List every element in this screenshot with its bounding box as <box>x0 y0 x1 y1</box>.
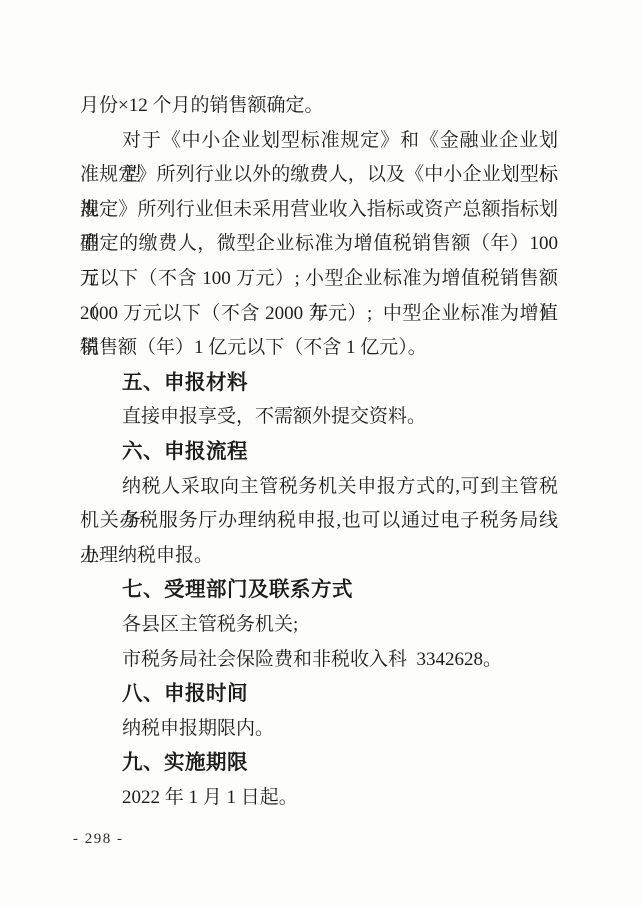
text-line: 规定》所列行业但未采用营业收入指标或资产总额指标划型 <box>80 193 558 228</box>
text-line: 元以下（不含 100 万元）; 小型企业标准为增值税销售额（年） <box>80 262 558 297</box>
text-line: 销售额（年）1 亿元以下（不含 1 亿元）。 <box>80 331 558 366</box>
text-line: 直接申报享受，不需额外提交资料。 <box>80 400 558 435</box>
document-body: 月份×12 个月的销售额确定。对于《中小企业划型标准规定》和《金融业企业划型标准… <box>80 89 558 815</box>
text-line: 市税务局社会保险费和非税收入科 3342628。 <box>80 643 558 678</box>
text-line: 2022 年 1 月 1 日起。 <box>80 781 558 816</box>
text-line: 纳税人采取向主管税务机关申报方式的,可到主管税务 <box>80 470 558 505</box>
text-line: 准规定》所列行业以外的缴费人，以及《中小企业划型标准 <box>80 158 558 193</box>
section-heading: 七、受理部门及联系方式 <box>80 573 558 608</box>
text-line: 机关办税服务厅办理纳税申报,也可以通过电子税务局线上 <box>80 504 558 539</box>
text-line: 各县区主管税务机关; <box>80 608 558 643</box>
page-number: - 298 - <box>73 831 124 848</box>
section-heading: 五、申报材料 <box>80 366 558 401</box>
text-line: 2000 万元以下（不含 2000 万元）; 中型企业标准为增值税 <box>80 297 558 332</box>
text-line: 纳税申报期限内。 <box>80 712 558 747</box>
document-page: 月份×12 个月的销售额确定。对于《中小企业划型标准规定》和《金融业企业划型标准… <box>0 0 642 907</box>
section-heading: 九、实施期限 <box>80 746 558 781</box>
section-heading: 六、申报流程 <box>80 435 558 470</box>
text-line: 对于《中小企业划型标准规定》和《金融业企业划型标 <box>80 124 558 159</box>
text-line: 办理纳税申报。 <box>80 539 558 574</box>
text-line: 月份×12 个月的销售额确定。 <box>80 89 558 124</box>
text-line: 确定的缴费人，微型企业标准为增值税销售额（年）100 万 <box>80 227 558 262</box>
section-heading: 八、申报时间 <box>80 677 558 712</box>
